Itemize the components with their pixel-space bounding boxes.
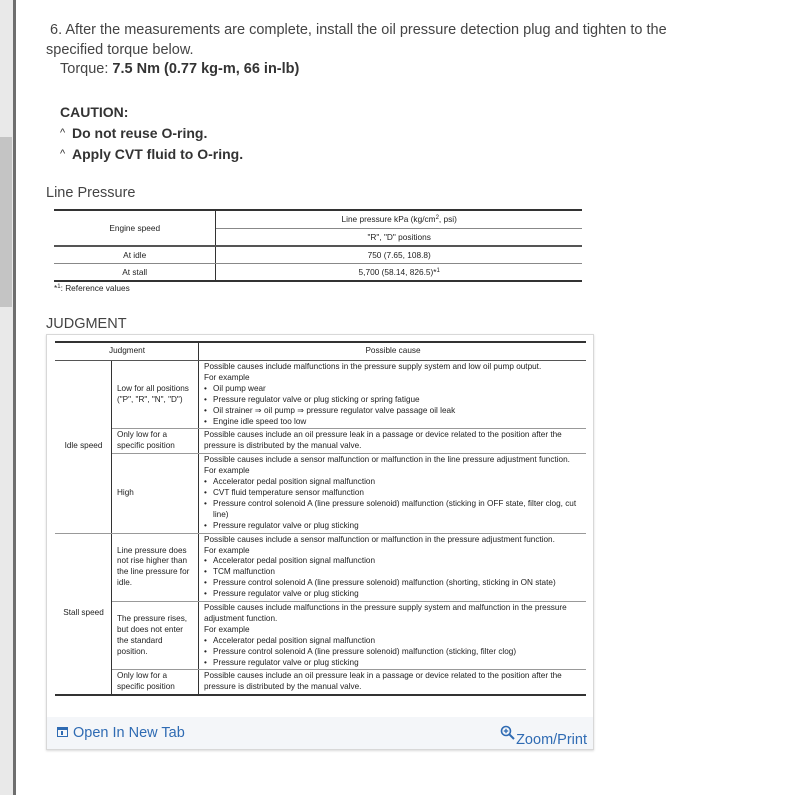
speed-cell: At idle (54, 246, 216, 264)
cause-intro: Possible causes include a sensor malfunc… (204, 455, 582, 466)
cause-bullet: Oil strainer ⇒ oil pump ⇒ pressure regul… (204, 406, 582, 417)
torque-label: Torque: (60, 61, 108, 77)
open-tab-icon (57, 727, 68, 737)
cause-bullet: Pressure regulator valve or plug stickin… (204, 589, 582, 600)
open-link-label: Open In New Tab (73, 725, 185, 741)
cause-bullet: Accelerator pedal position signal malfun… (204, 477, 582, 488)
cause-bullet: Pressure control solenoid A (line pressu… (204, 647, 582, 658)
cause-bullet: Pressure control solenoid A (line pressu… (204, 578, 582, 589)
caret-icon: ^ (60, 144, 72, 165)
line-pressure-title: Line Pressure (46, 185, 135, 201)
zoom-link-label: Zoom/Print (516, 732, 587, 748)
table-row: Only low for a specific positionPossible… (55, 670, 586, 695)
cause-bullet: Accelerator pedal position signal malfun… (204, 636, 582, 647)
caution-item-text: Do not reuse O-ring. (72, 125, 207, 141)
cause-example-label: For example (204, 546, 582, 557)
judgment-condition: The pressure rises, but does not enter t… (112, 602, 199, 670)
caret-icon: ^ (60, 123, 72, 144)
judgment-group-label: Stall speed (55, 533, 112, 695)
cause-bullet: Accelerator pedal position signal malfun… (204, 556, 582, 567)
possible-cause: Possible causes include malfunctions in … (199, 602, 587, 670)
pressure-cell: 750 (7.65, 108.8) (216, 246, 582, 264)
caution-title: CAUTION: (60, 102, 243, 123)
zoom-in-icon (500, 725, 515, 740)
footnote: *1: Reference values (54, 283, 130, 293)
cause-example-label: For example (204, 466, 582, 477)
caution-item: ^Apply CVT fluid to O-ring. (60, 144, 243, 165)
table-row: Idle speedLow for all positions ("P", "R… (55, 361, 586, 429)
open-in-new-tab-link[interactable]: Open In New Tab (57, 725, 185, 741)
cause-bullet: Pressure regulator valve or plug stickin… (204, 521, 582, 532)
cause-example-label: For example (204, 625, 582, 636)
cause-bullet: Pressure regulator valve or plug stickin… (204, 658, 582, 669)
table-row: HighPossible causes include a sensor mal… (55, 454, 586, 533)
cause-intro: Possible causes include an oil pressure … (204, 671, 582, 693)
judgment-group-label: Idle speed (55, 361, 112, 534)
figure-footer: Open In New Tab Zoom/Print (47, 717, 593, 749)
judgment-table: Judgment Possible cause Idle speedLow fo… (55, 341, 586, 696)
caution-item: ^Do not reuse O-ring. (60, 123, 243, 144)
judgment-title: JUDGMENT (46, 316, 127, 332)
cause-bullet: TCM malfunction (204, 567, 582, 578)
cause-bullet: Pressure control solenoid A (line pressu… (204, 499, 582, 521)
cause-intro: Possible causes include a sensor malfunc… (204, 535, 582, 546)
torque-spec: Torque: 7.5 Nm (0.77 kg-m, 66 in-lb) (60, 61, 299, 77)
cause-intro: Possible causes include malfunctions in … (204, 362, 582, 373)
caution-box: CAUTION: ^Do not reuse O-ring. ^Apply CV… (60, 102, 243, 165)
judgment-condition: Only low for a specific position (112, 670, 199, 695)
line-pressure-header: Line pressure kPa (kg/cm2, psi) (216, 210, 582, 228)
table-row: At idle 750 (7.65, 108.8) (54, 246, 582, 264)
cause-bullet: Pressure regulator valve or plug stickin… (204, 395, 582, 406)
engine-speed-header: Engine speed (54, 210, 216, 246)
table-row: The pressure rises, but does not enter t… (55, 602, 586, 670)
table-row: At stall 5,700 (58.14, 826.5)*1 (54, 264, 582, 282)
left-scrollbar-thumb[interactable] (0, 137, 12, 307)
possible-cause: Possible causes include an oil pressure … (199, 670, 587, 695)
line-pressure-table: Engine speed Line pressure kPa (kg/cm2, … (54, 209, 582, 282)
caution-item-text: Apply CVT fluid to O-ring. (72, 146, 243, 162)
judgment-condition: Line pressure does not rise higher than … (112, 533, 199, 601)
table-row: Stall speedLine pressure does not rise h… (55, 533, 586, 601)
possible-cause: Possible causes include an oil pressure … (199, 429, 587, 454)
cause-intro: Possible causes include an oil pressure … (204, 430, 582, 452)
table-row: Only low for a specific positionPossible… (55, 429, 586, 454)
judgment-figure: Judgment Possible cause Idle speedLow fo… (46, 334, 594, 750)
zoom-print-link[interactable]: Zoom/Print (500, 725, 587, 748)
judgment-condition: Only low for a specific position (112, 429, 199, 454)
step-text: 6. After the measurements are complete, … (46, 22, 667, 58)
positions-subheader: "R", "D" positions (216, 228, 582, 246)
torque-value: 7.5 Nm (0.77 kg-m, 66 in-lb) (112, 61, 299, 77)
left-scrollbar-track[interactable] (0, 0, 13, 795)
step-instruction: 6. After the measurements are complete, … (46, 20, 686, 60)
cause-example-label: For example (204, 373, 582, 384)
possible-cause: Possible causes include a sensor malfunc… (199, 533, 587, 601)
judgment-condition: Low for all positions ("P", "R", "N", "D… (112, 361, 199, 429)
cause-bullet: CVT fluid temperature sensor malfunction (204, 488, 582, 499)
possible-cause: Possible causes include a sensor malfunc… (199, 454, 587, 533)
cause-bullet: Engine idle speed too low (204, 417, 582, 428)
pressure-cell: 5,700 (58.14, 826.5)*1 (216, 264, 582, 282)
speed-cell: At stall (54, 264, 216, 282)
judgment-header: Judgment (55, 342, 199, 361)
cause-intro: Possible causes include malfunctions in … (204, 603, 582, 625)
possible-cause: Possible causes include malfunctions in … (199, 361, 587, 429)
judgment-condition: High (112, 454, 199, 533)
possible-cause-header: Possible cause (199, 342, 587, 361)
cause-bullet: Oil pump wear (204, 384, 582, 395)
panel-divider (13, 0, 16, 795)
